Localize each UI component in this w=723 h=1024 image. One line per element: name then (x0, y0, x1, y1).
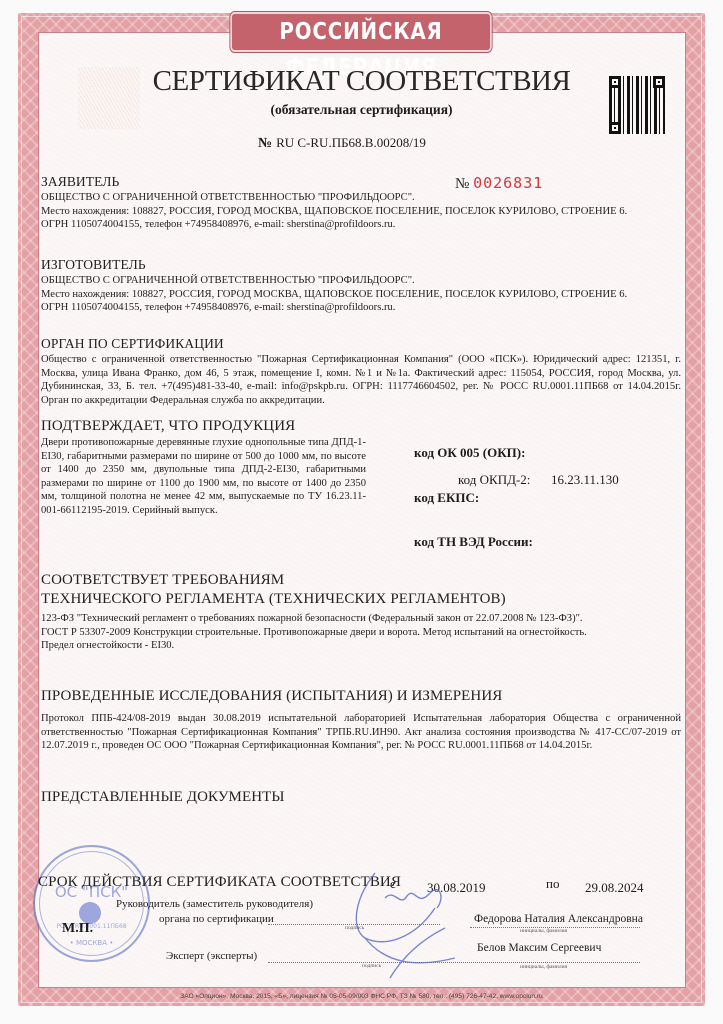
expert-name: Белов Максим Сергеевич (477, 942, 601, 954)
serial-sign: № (455, 176, 469, 192)
requirements-heading-1: СООТВЕТСТВУЕТ ТРЕБОВАНИЯМ (41, 572, 284, 589)
head-label-2: органа по сертификации (159, 913, 274, 927)
requirement-item: 123-ФЗ "Технический регламент о требован… (41, 612, 681, 626)
validity-to-date: 29.08.2024 (585, 880, 644, 896)
applicant-address: Место нахождения: 108827, РОССИЯ, ГОРОД … (41, 205, 681, 219)
okpd2-value: 16.23.11.130 (551, 472, 619, 488)
head-name: Федорова Наталия Александровна (474, 913, 643, 925)
manufacturer-contacts: ОГРН 1105074004155, телефон +74958408976… (41, 301, 681, 315)
applicant-name: ОБЩЕСТВО С ОГРАНИЧЕННОЙ ОТВЕТСТВЕННОСТЬЮ… (41, 191, 681, 205)
product-description: Двери противопожарные деревянные глухие … (41, 436, 366, 517)
certificate-number-value: RU C-RU.ПБ68.В.00208/19 (276, 135, 426, 150)
tests-heading: ПРОВЕДЕННЫЕ ИССЛЕДОВАНИЯ (ИСПЫТАНИЯ) И И… (41, 688, 502, 705)
cert-body-details: Общество с ограниченной ответственностью… (41, 353, 681, 407)
head-label: Руководитель (заместитель руководителя) (116, 898, 313, 912)
stamp-city-text: • МОСКВА • (35, 939, 148, 947)
validity-to-label: по (546, 876, 559, 892)
requirement-item: Предел огнестойкости - EI30. (41, 639, 681, 653)
number-sign: № (258, 136, 272, 151)
manufacturer-address: Место нахождения: 108827, РОССИЯ, ГОРОД … (41, 288, 681, 302)
country-banner: РОССИЙСКАЯ ФЕДЕРАЦИЯ (230, 12, 491, 52)
manufacturer-details: ОБЩЕСТВО С ОГРАНИЧЕННОЙ ОТВЕТСТВЕННОСТЬЮ… (41, 274, 681, 315)
documents-heading: ПРЕДСТАВЛЕННЫЕ ДОКУМЕНТЫ (41, 789, 285, 806)
okpd2-label: код ОКПД-2: (458, 472, 530, 488)
cert-body-heading: ОРГАН ПО СЕРТИФИКАЦИИ (41, 336, 224, 352)
qr-code-icon (609, 76, 665, 134)
qr-finder-pattern (609, 122, 621, 134)
manufacturer-heading: ИЗГОТОВИТЕЛЬ (41, 257, 146, 273)
seal-place-mark: М.П. (62, 921, 93, 937)
applicant-contacts: ОГРН 1105074004155, телефон +74958408976… (41, 218, 681, 232)
applicant-details: ОБЩЕСТВО С ОГРАНИЧЕННОЙ ОТВЕТСТВЕННОСТЬЮ… (41, 191, 681, 232)
requirements-list: 123-ФЗ "Технический регламент о требован… (41, 612, 681, 653)
applicant-heading: ЗАЯВИТЕЛЬ (41, 174, 119, 190)
qr-finder-pattern (653, 76, 665, 88)
manufacturer-name: ОБЩЕСТВО С ОГРАНИЧЕННОЙ ОТВЕТСТВЕННОСТЬЮ… (41, 274, 681, 288)
qr-finder-pattern (609, 76, 621, 88)
requirements-heading-2: ТЕХНИЧЕСКОГО РЕГЛАМЕНТА (ТЕХНИЧЕСКИХ РЕГ… (41, 591, 506, 608)
certificate-number: №RU C-RU.ПБ68.В.00208/19 (258, 135, 426, 152)
tests-details: Протокол ППБ-424/08-2019 выдан 30.08.201… (41, 712, 681, 753)
tnved-label: код ТН ВЭД России: (414, 534, 533, 550)
head-name-caption: инициалы, фамилия (520, 928, 567, 934)
requirement-item: ГОСТ Р 53307-2009 Конструкции строительн… (41, 626, 681, 640)
ok005-label: код ОК 005 (ОКП): (414, 445, 525, 461)
ekps-label: код ЕКПС: (414, 490, 479, 506)
product-heading: ПОДТВЕРЖДАЕТ, ЧТО ПРОДУКЦИЯ (41, 418, 295, 435)
expert-label: Эксперт (эксперты) (166, 950, 257, 964)
printer-footer: ЗАО «Опцион», Москва, 2015, «Б», лицензи… (0, 993, 723, 1000)
serial-digits: 0026831 (473, 174, 543, 192)
handwritten-signature (345, 868, 460, 978)
expert-name-caption: инициалы, фамилия (520, 964, 567, 970)
